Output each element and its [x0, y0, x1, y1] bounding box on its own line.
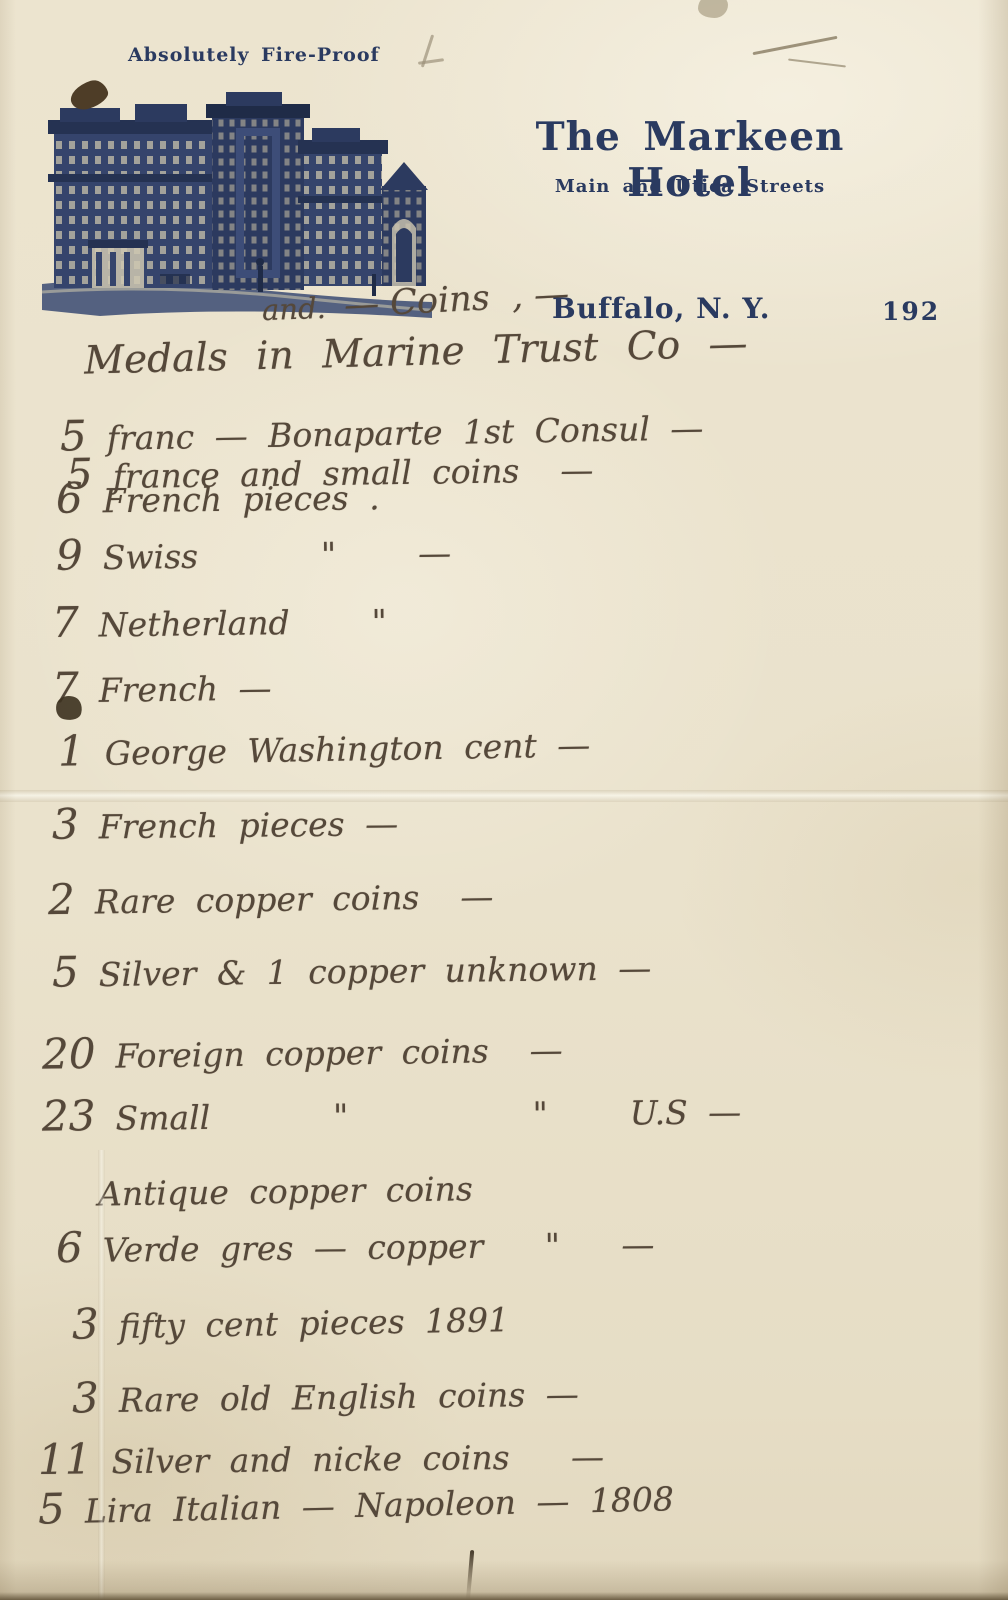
- note-line: 3 French pieces —: [52, 796, 399, 849]
- item-quantity: 6: [56, 1223, 83, 1272]
- note-line: 3 Rare old English coins —: [72, 1366, 579, 1422]
- item-description: Netherland ": [99, 602, 387, 645]
- city-line: Buffalo, N. Y.: [552, 292, 771, 325]
- paper-smudge: [698, 0, 728, 18]
- item-description: Swiss " —: [103, 533, 452, 577]
- item-quantity: 3: [72, 1373, 99, 1422]
- note-title-line: Medals in Marine Trust Co —: [84, 321, 749, 383]
- note-line: 3 fifty cent pieces 1891: [72, 1292, 510, 1349]
- page-edge-shadow: [0, 0, 16, 1600]
- inserted-word: and.: [261, 291, 326, 327]
- note-line: 5 Silver & 1 copper unknown —: [52, 940, 652, 996]
- item-description: fifty cent pieces 1891: [118, 1300, 509, 1346]
- item-quantity: 1: [58, 726, 86, 775]
- item-quantity: 6: [56, 473, 83, 522]
- fold-crease-horizontal: [0, 790, 1008, 802]
- item-description: Rare copper coins —: [95, 877, 494, 922]
- item-description: Lira Italian — Napoleon — 1808: [84, 1479, 674, 1530]
- hotel-address: Main and Utica Streets: [495, 176, 885, 197]
- note-line: 6 French pieces .: [56, 470, 380, 522]
- item-description: Antique copper coins: [98, 1169, 473, 1213]
- item-description: Small " " U.S —: [115, 1092, 741, 1138]
- item-description: Silver & 1 copper unknown —: [99, 948, 652, 994]
- pencil-scribble: [753, 36, 838, 55]
- note-line: 2 Rare copper coins —: [48, 869, 494, 924]
- note-line: 7 Netherland ": [52, 594, 387, 647]
- item-quantity: 9: [56, 530, 83, 579]
- letter-scan: Absolutely Fire-Proof: [0, 0, 1008, 1600]
- page-edge-shadow: [978, 0, 1008, 1600]
- dateline-year-prefix: 192: [882, 297, 940, 326]
- item-description: French pieces .: [103, 478, 380, 520]
- item-description: Rare old English coins —: [119, 1374, 579, 1419]
- note-line: Antique copper coins: [78, 1169, 473, 1214]
- fold-crease-vertical: [98, 1150, 105, 1600]
- item-description: French pieces —: [99, 804, 399, 846]
- item-quantity: 3: [52, 800, 79, 849]
- item-description: George Washington cent —: [104, 725, 590, 772]
- item-quantity: 5: [38, 1484, 66, 1534]
- note-line: 23 Small " " U.S —: [42, 1084, 742, 1140]
- item-quantity: 11: [38, 1434, 92, 1484]
- item-description: Verde gres — copper " —: [103, 1225, 655, 1270]
- item-quantity: 23: [42, 1091, 96, 1141]
- note-line: 7 French —: [52, 660, 272, 712]
- item-quantity: 20: [42, 1029, 96, 1079]
- note-line: 9 Swiss " —: [56, 525, 452, 580]
- page-edge-shadow: [0, 1560, 1008, 1600]
- item-quantity: 5: [52, 947, 79, 996]
- item-description: French —: [99, 668, 272, 709]
- item-description: Foreign copper coins —: [115, 1030, 563, 1075]
- note-line: 1 George Washington cent —: [58, 717, 591, 775]
- pencil-scribble: [418, 58, 444, 65]
- item-quantity: 7: [52, 598, 79, 647]
- pencil-scribble: [788, 58, 846, 67]
- note-line: 6 Verde gres — copper " —: [56, 1217, 655, 1272]
- fireproof-tagline: Absolutely Fire-Proof: [128, 44, 380, 66]
- item-quantity: 3: [72, 1299, 100, 1348]
- note-line: 20 Foreign copper coins —: [42, 1022, 563, 1078]
- item-quantity: 2: [48, 875, 75, 924]
